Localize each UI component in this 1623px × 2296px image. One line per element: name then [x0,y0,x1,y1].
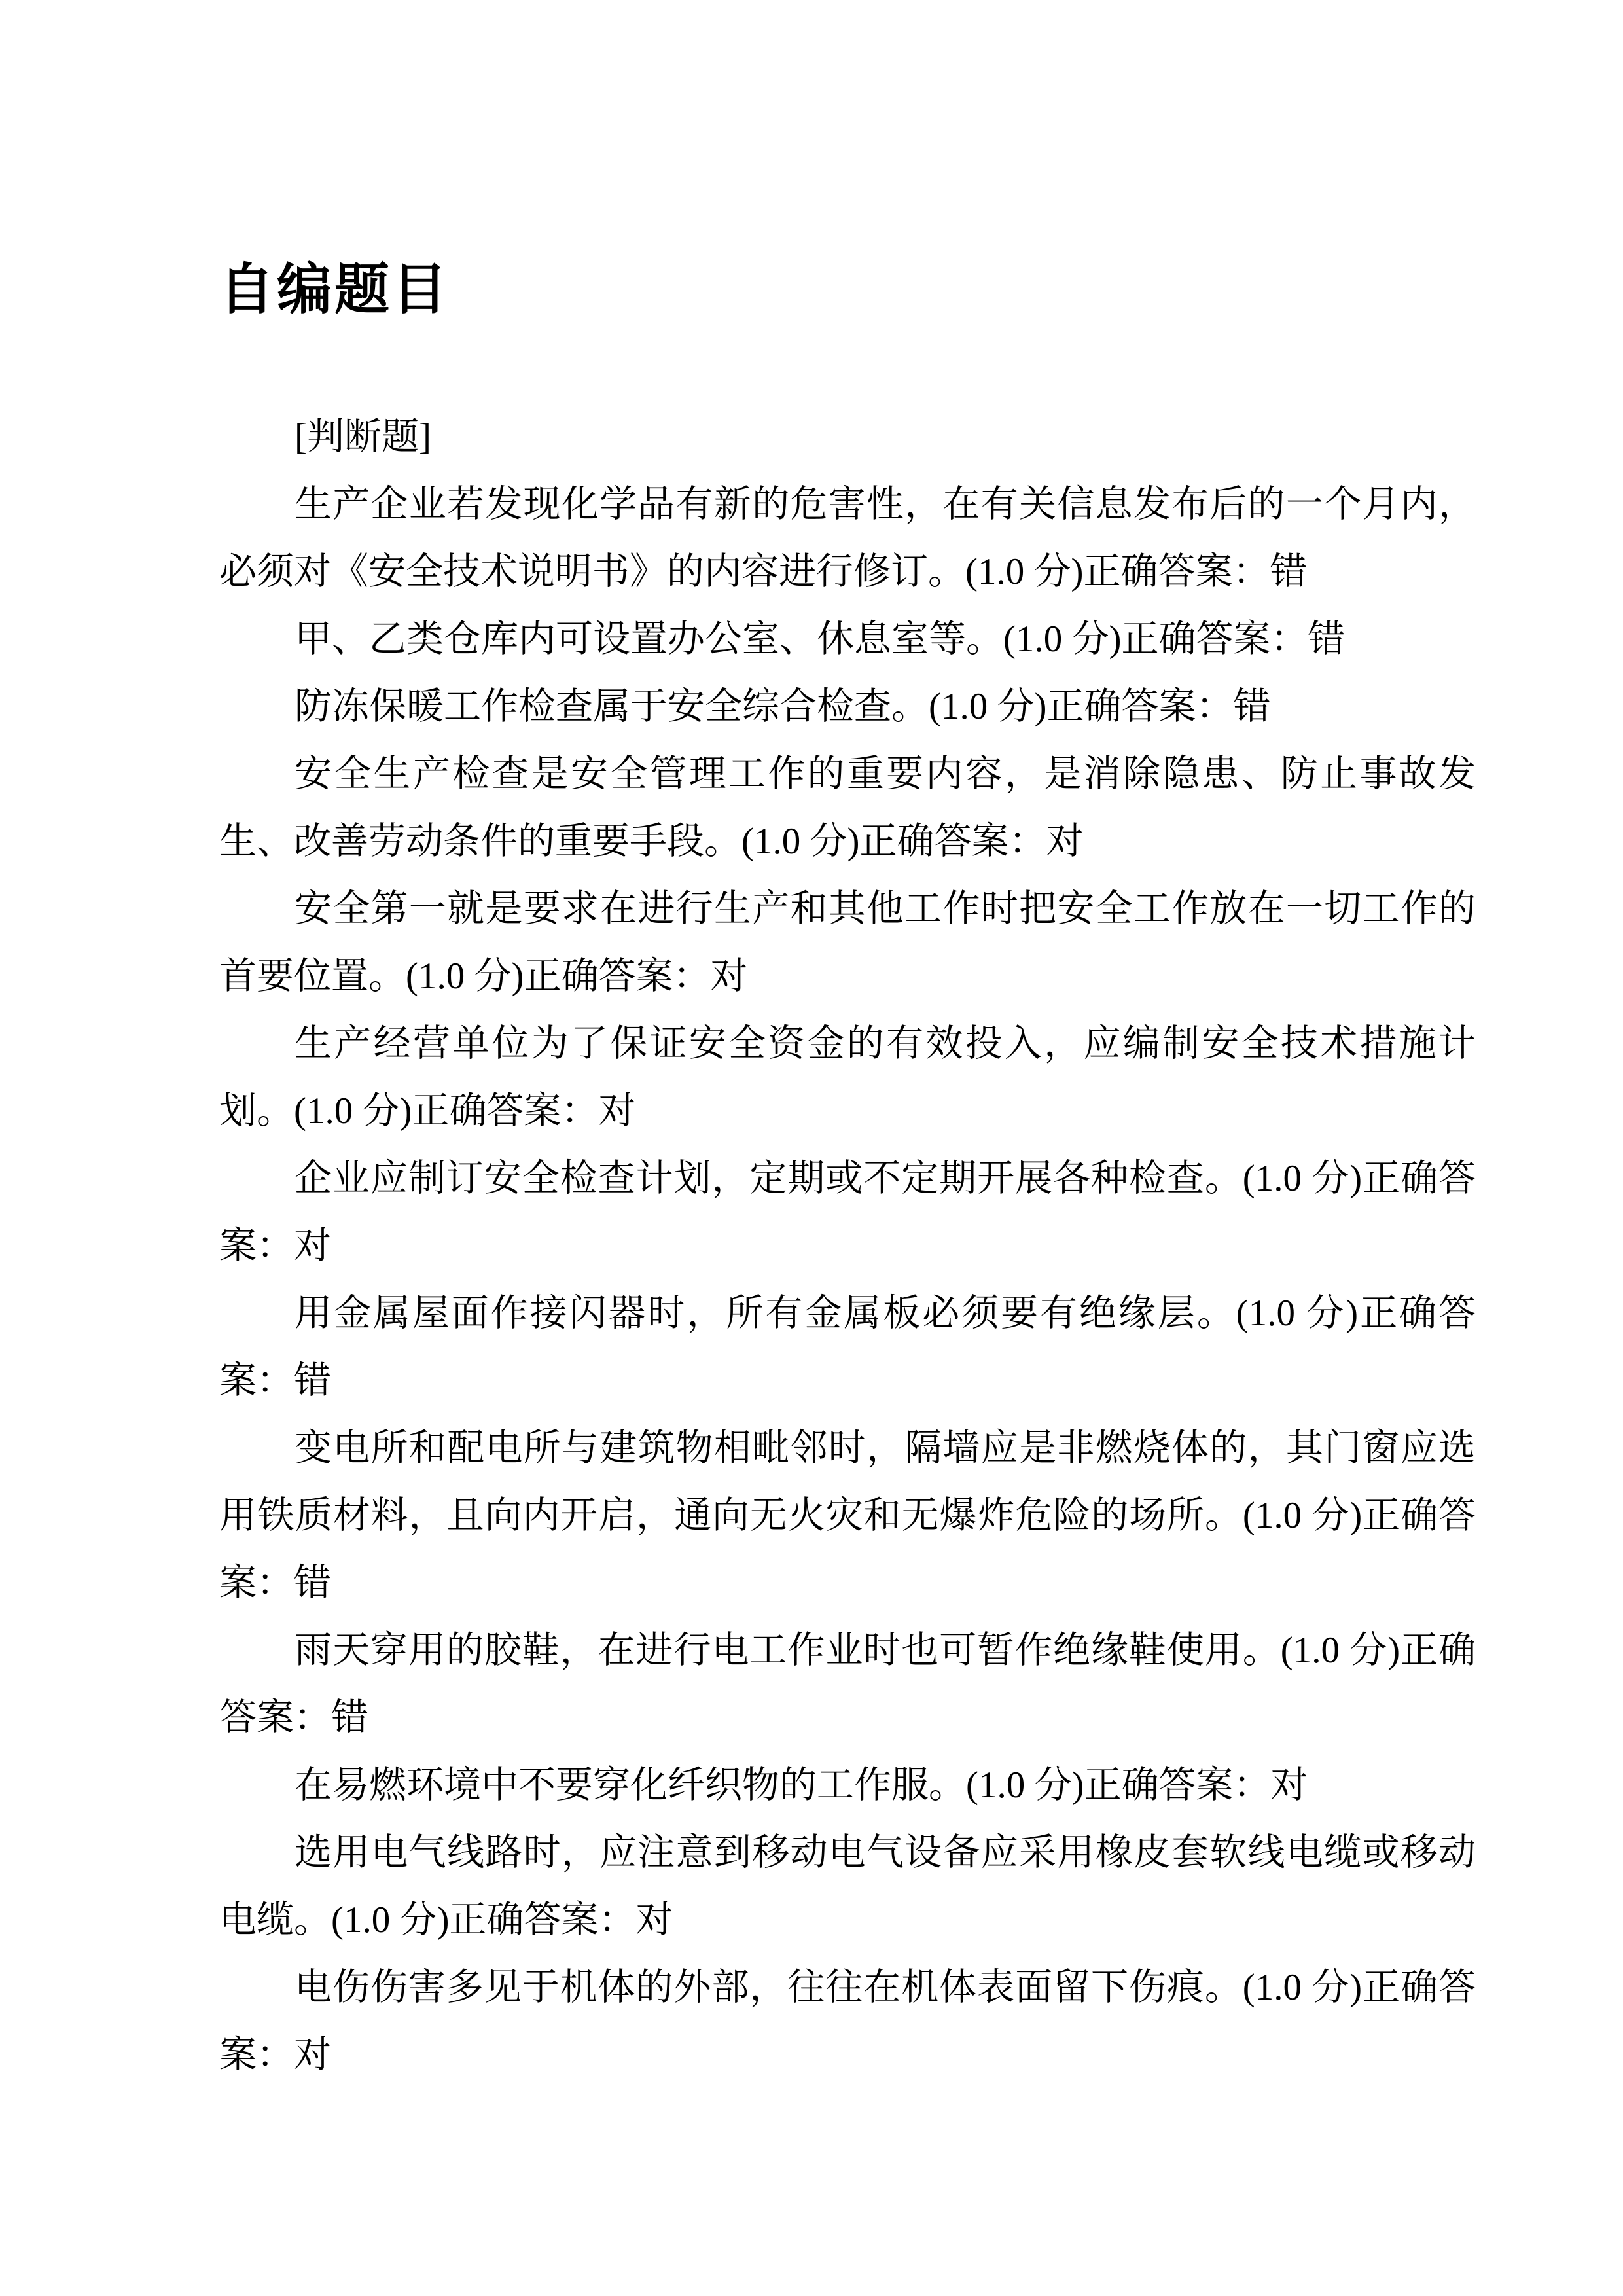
score-label: (1.0 分) [929,686,1046,727]
score-label: (1.0 分) [1236,1293,1358,1334]
score-label: (1.0 分) [1243,1158,1362,1199]
question-paragraph: 企业应制订安全检查计划，定期或不定期开展各种检查。(1.0 分)正确答案：对 [219,1145,1476,1280]
score-label: (1.0 分) [1243,1495,1362,1536]
score-label: (1.0 分) [331,1899,449,1941]
question-stem: 企业应制订安全检查计划，定期或不定期开展各种检查。 [294,1158,1243,1199]
question-paragraph: 用金属屋面作接闪器时，所有金属板必须要有绝缘层。(1.0 分)正确答案：错 [219,1280,1476,1414]
answer-value: 错 [331,1697,368,1738]
answer-value: 对 [1046,821,1083,862]
question-stem: 电伤伤害多见于机体的外部，往往在机体表面留下伤痕。 [294,1967,1243,2008]
score-label: (1.0 分) [406,956,524,997]
answer-label: 正确答案： [449,1899,635,1941]
document-page: 自编题目 [判断题] 生产企业若发现化学品有新的危害性，在有关信息发布后的一个月… [219,262,1476,2089]
question-stem: 防冻保暖工作检查属于安全综合检查。 [294,686,929,727]
answer-label: 正确答案： [524,956,710,997]
answer-value: 对 [294,2034,331,2075]
answer-value: 错 [1270,551,1307,592]
score-label: (1.0 分) [1243,1967,1362,2008]
page-title: 自编题目 [219,262,1476,319]
question-stem: 用金属屋面作接闪器时，所有金属板必须要有绝缘层。 [294,1293,1236,1334]
score-label: (1.0 分) [965,551,1083,592]
score-label: (1.0 分) [1281,1630,1400,1671]
question-paragraph: 在易燃环境中不要穿化纤织物的工作服。(1.0 分)正确答案：对 [219,1751,1476,1819]
question-paragraph: 安全生产检查是安全管理工作的重要内容，是消除隐患、防止事故发生、改善劳动条件的重… [219,740,1476,875]
question-stem: 甲、乙类仓库内可设置办公室、休息室等。 [294,619,1003,660]
question-paragraph: 甲、乙类仓库内可设置办公室、休息室等。(1.0 分)正确答案：错 [219,605,1476,673]
answer-value: 错 [294,1360,331,1401]
answer-value: 错 [294,1562,331,1604]
answer-value: 错 [1308,619,1345,660]
answer-label: 正确答案： [859,821,1046,862]
answer-value: 对 [635,1899,673,1941]
question-paragraph: 防冻保暖工作检查属于安全综合检查。(1.0 分)正确答案：错 [219,673,1476,740]
answer-label: 正确答案： [1084,1765,1270,1806]
question-paragraph: 雨天穿用的胶鞋，在进行电工作业时也可暂作绝缘鞋使用。(1.0 分)正确答案：错 [219,1617,1476,1751]
answer-value: 对 [598,1090,635,1132]
score-label: (1.0 分) [294,1090,412,1132]
question-stem: 在易燃环境中不要穿化纤织物的工作服。 [294,1765,966,1806]
answer-value: 对 [710,956,747,997]
question-paragraph: 电伤伤害多见于机体的外部，往往在机体表面留下伤痕。(1.0 分)正确答案：对 [219,1954,1476,2089]
answer-label: 正确答案： [1083,551,1270,592]
score-label: (1.0 分) [966,1765,1084,1806]
question-stem: 雨天穿用的胶鞋，在进行电工作业时也可暂作绝缘鞋使用。 [294,1630,1281,1671]
score-label: (1.0 分) [1003,619,1121,660]
score-label: (1.0 分) [741,821,859,862]
section-label: [判断题] [219,403,1476,471]
question-paragraph: 选用电气线路时，应注意到移动电气设备应采用橡皮套软线电缆或移动电缆。(1.0 分… [219,1819,1476,1954]
question-paragraph: 安全第一就是要求在进行生产和其他工作时把安全工作放在一切工作的首要位置。(1.0… [219,875,1476,1010]
answer-value: 对 [294,1225,331,1266]
answer-label: 正确答案： [1046,686,1233,727]
question-paragraph: 生产经营单位为了保证安全资金的有效投入，应编制安全技术措施计划。(1.0 分)正… [219,1010,1476,1145]
answer-label: 正确答案： [412,1090,598,1132]
answer-label: 正确答案： [1121,619,1308,660]
question-paragraph: 变电所和配电所与建筑物相毗邻时，隔墙应是非燃烧体的，其门窗应选用铁质材料，且向内… [219,1414,1476,1617]
answer-value: 错 [1233,686,1270,727]
question-paragraph: 生产企业若发现化学品有新的危害性，在有关信息发布后的一个月内，必须对《安全技术说… [219,471,1476,605]
answer-value: 对 [1270,1765,1308,1806]
